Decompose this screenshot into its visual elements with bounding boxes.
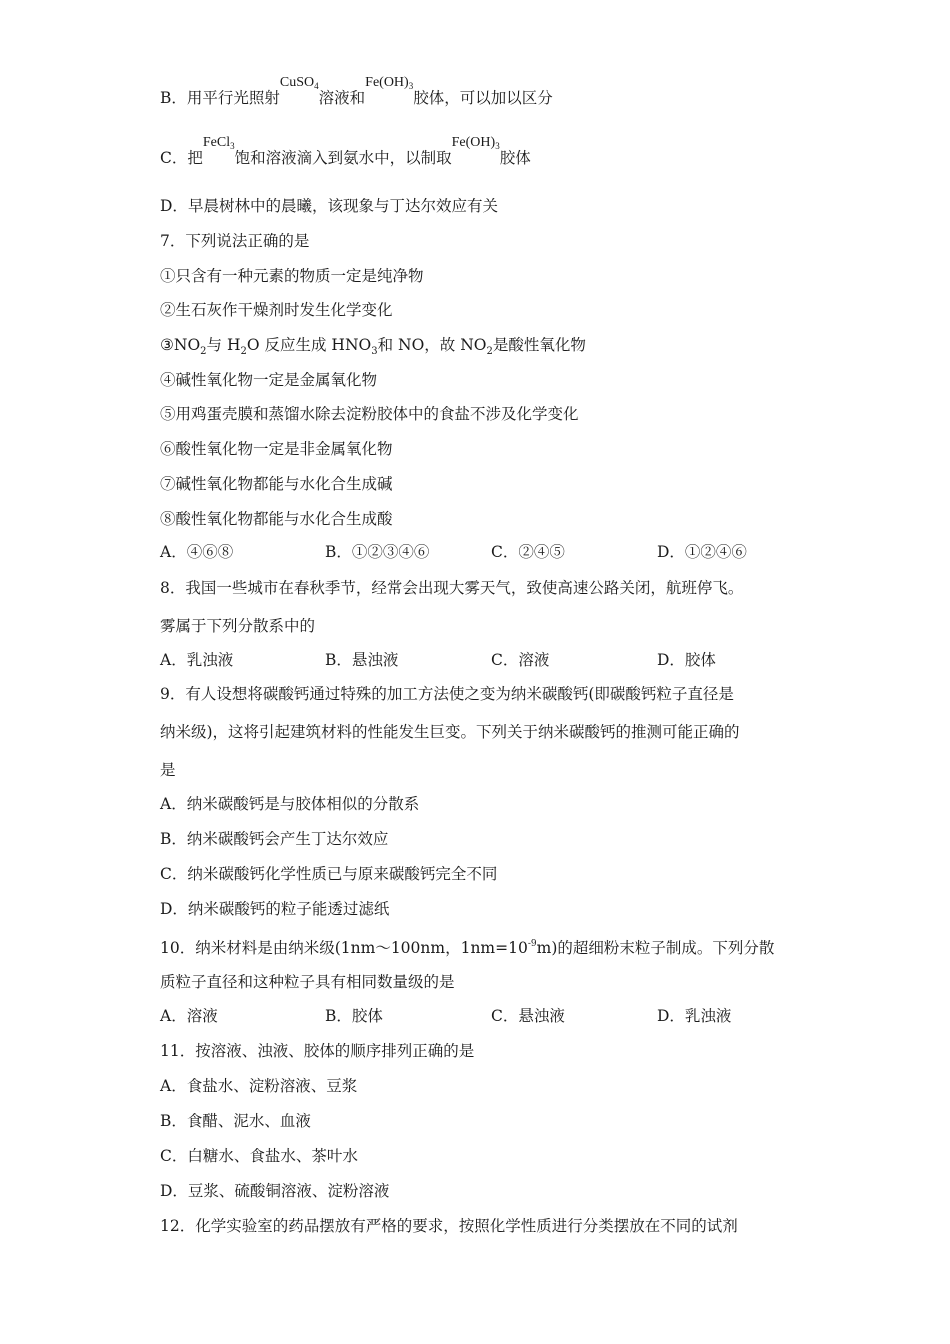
q6-option-c: C．把FeCl3饱和溶液滴入到氨水中，以制取Fe(OH)3胶体 <box>160 148 531 173</box>
option-text: 胶体，可以加以区分 <box>413 89 553 107</box>
question-10-stem-line2: 质粒子直径和这种粒子具有相同数量级的是 <box>160 972 455 992</box>
q8-option-a: A．乳浊液 <box>160 650 233 670</box>
q7-statement-7: ⑦碱性氧化物都能与水化合生成碱 <box>160 474 393 494</box>
q11-option-b: B．食醋、泥水、血液 <box>160 1111 311 1131</box>
question-9-stem-line1: 9．有人设想将碳酸钙通过特殊的加工方法使之变为纳米碳酸钙(即碳酸钙粒子直径是 <box>160 684 734 704</box>
q6-option-d: D．早晨树林中的晨曦，该现象与丁达尔效应有关 <box>160 196 498 216</box>
question-9-stem-line2: 纳米级)，这将引起建筑材料的性能发生巨变。下列关于纳米碳酸钙的推测可能正确的 <box>160 722 740 742</box>
formula-cuso4: CuSO4 <box>280 75 319 90</box>
question-8-stem-line1: 8．我国一些城市在春秋季节，经常会出现大雾天气，致使高速公路关闭，航班停飞。 <box>160 578 743 598</box>
option-text: 早晨树林中的晨曦，该现象与丁达尔效应有关 <box>188 197 498 215</box>
option-text: 把 <box>187 149 203 167</box>
option-text: 胶体 <box>500 149 531 167</box>
q8-option-d: D．胶体 <box>657 650 716 670</box>
q7-option-b: B．①②③④⑥ <box>325 542 429 562</box>
question-11-stem: 11．按溶液、浊液、胶体的顺序排列正确的是 <box>160 1041 474 1061</box>
option-label: B． <box>160 89 187 107</box>
q6-option-b: B．用平行光照射CuSO4溶液和Fe(OH)3胶体，可以加以区分 <box>160 88 553 113</box>
question-8-stem-line2: 雾属于下列分散系中的 <box>160 616 315 636</box>
q9-option-c: C．纳米碳酸钙化学性质已与原来碳酸钙完全不同 <box>160 864 497 884</box>
q10-option-b: B．胶体 <box>325 1006 383 1026</box>
q7-option-a: A．④⑥⑧ <box>160 542 233 562</box>
question-10-stem-line1: 10．纳米材料是由纳米级(1nm～100nm，1nm=10-9m)的超细粉末粒子… <box>160 934 774 958</box>
q10-option-d: D．乳浊液 <box>657 1006 731 1026</box>
q9-option-b: B．纳米碳酸钙会产生丁达尔效应 <box>160 829 388 849</box>
option-text: 溶液和 <box>319 89 366 107</box>
option-text: 饱和溶液滴入到氨水中，以制取 <box>235 149 452 167</box>
q11-option-c: C．白糖水、食盐水、茶叶水 <box>160 1146 358 1166</box>
q11-option-a: A．食盐水、淀粉溶液、豆浆 <box>160 1076 357 1096</box>
option-label: C． <box>160 149 187 167</box>
q7-statement-4: ④碱性氧化物一定是金属氧化物 <box>160 370 377 390</box>
option-text: 用平行光照射 <box>187 89 280 107</box>
formula-fecl3: FeCl3 <box>203 135 235 150</box>
q8-option-b: B．悬浊液 <box>325 650 398 670</box>
question-7-stem: 7．下列说法正确的是 <box>160 231 309 251</box>
q9-option-a: A．纳米碳酸钙是与胶体相似的分散系 <box>160 794 419 814</box>
q9-option-d: D．纳米碳酸钙的粒子能透过滤纸 <box>160 899 389 919</box>
q10-option-c: C．悬浊液 <box>491 1006 565 1026</box>
question-9-stem-line3: 是 <box>160 760 176 780</box>
formula-feoh3: Fe(OH)3 <box>365 75 413 90</box>
q8-option-c: C．溶液 <box>491 650 549 670</box>
formula-feoh3: Fe(OH)3 <box>452 135 500 150</box>
q7-statement-2: ②生石灰作干燥剂时发生化学变化 <box>160 300 393 320</box>
q7-option-c: C．②④⑤ <box>491 542 565 562</box>
q11-option-d: D．豆浆、硫酸铜溶液、淀粉溶液 <box>160 1181 389 1201</box>
q7-statement-3: ③NO2与 H2O 反应生成 HNO3和 NO，故 NO2是酸性氧化物 <box>160 335 586 362</box>
q10-option-a: A．溶液 <box>160 1006 218 1026</box>
q7-option-d: D．①②④⑥ <box>657 542 747 562</box>
question-12-stem-line1: 12．化学实验室的药品摆放有严格的要求，按照化学性质进行分类摆放在不同的试剂 <box>160 1216 738 1236</box>
q7-statement-5: ⑤用鸡蛋壳膜和蒸馏水除去淀粉胶体中的食盐不涉及化学变化 <box>160 404 579 424</box>
q7-statement-1: ①只含有一种元素的物质一定是纯净物 <box>160 266 424 286</box>
q7-statement-6: ⑥酸性氧化物一定是非金属氧化物 <box>160 439 393 459</box>
option-label: D． <box>160 197 188 215</box>
q7-statement-8: ⑧酸性氧化物都能与水化合生成酸 <box>160 509 393 529</box>
